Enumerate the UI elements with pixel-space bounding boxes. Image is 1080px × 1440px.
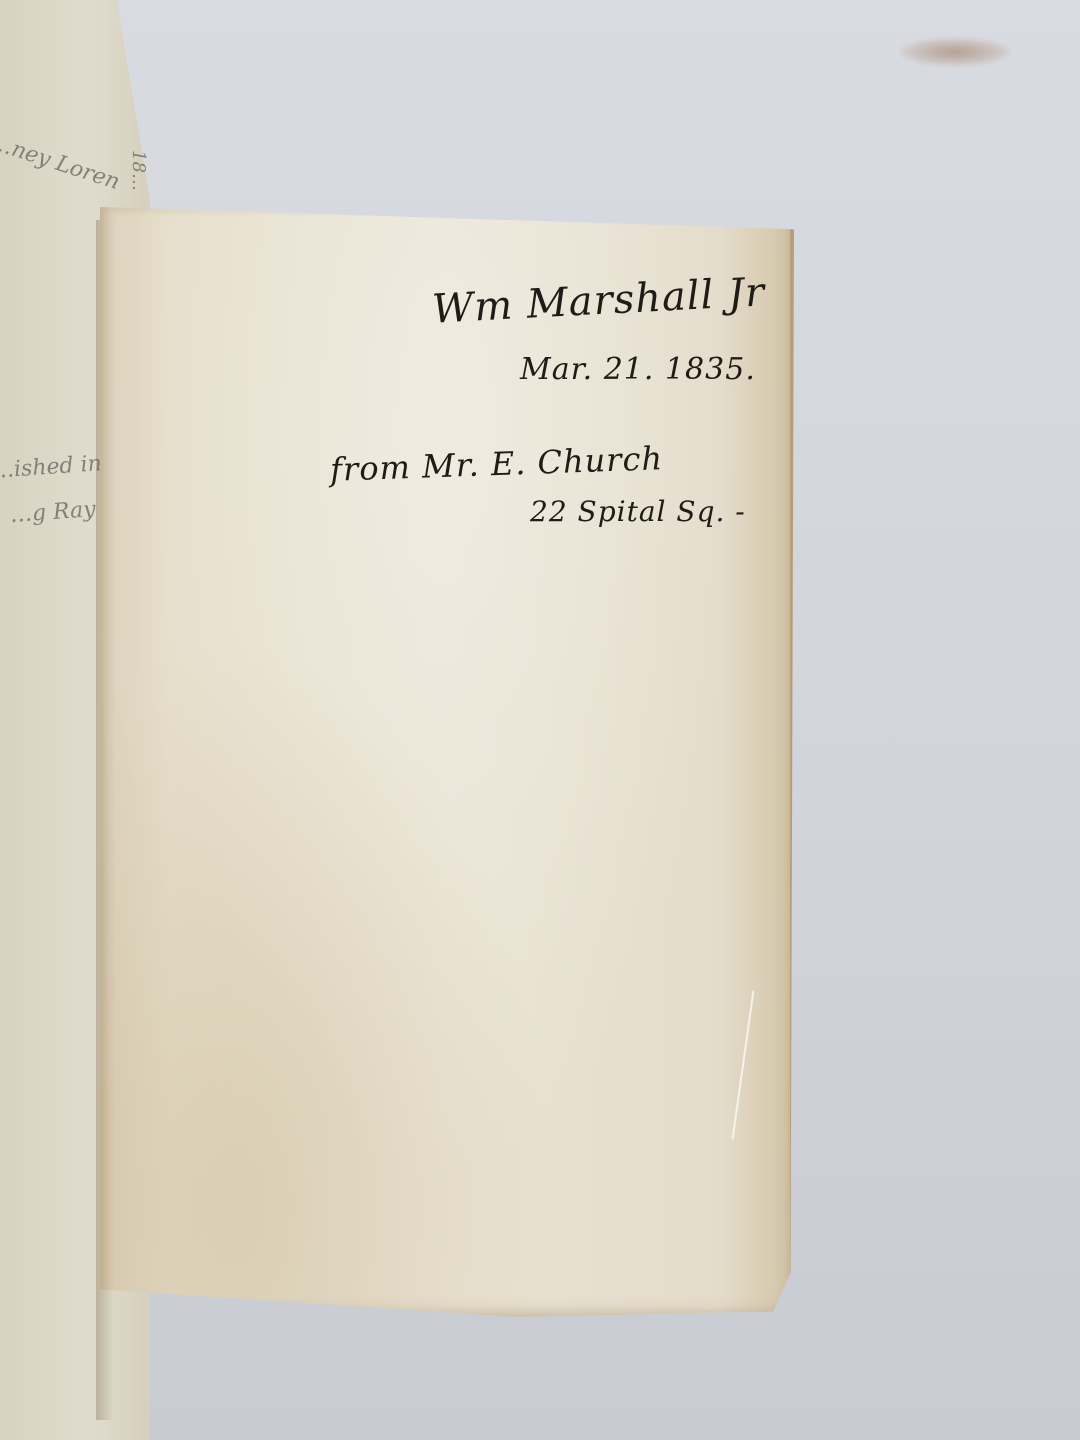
left-page-pencil-note: 18… xyxy=(128,150,149,191)
inscription-address: 22 Spital Sq. - xyxy=(530,495,746,528)
background-stain xyxy=(900,38,1010,66)
inscription-date: Mar. 21. 1835. xyxy=(520,352,756,387)
